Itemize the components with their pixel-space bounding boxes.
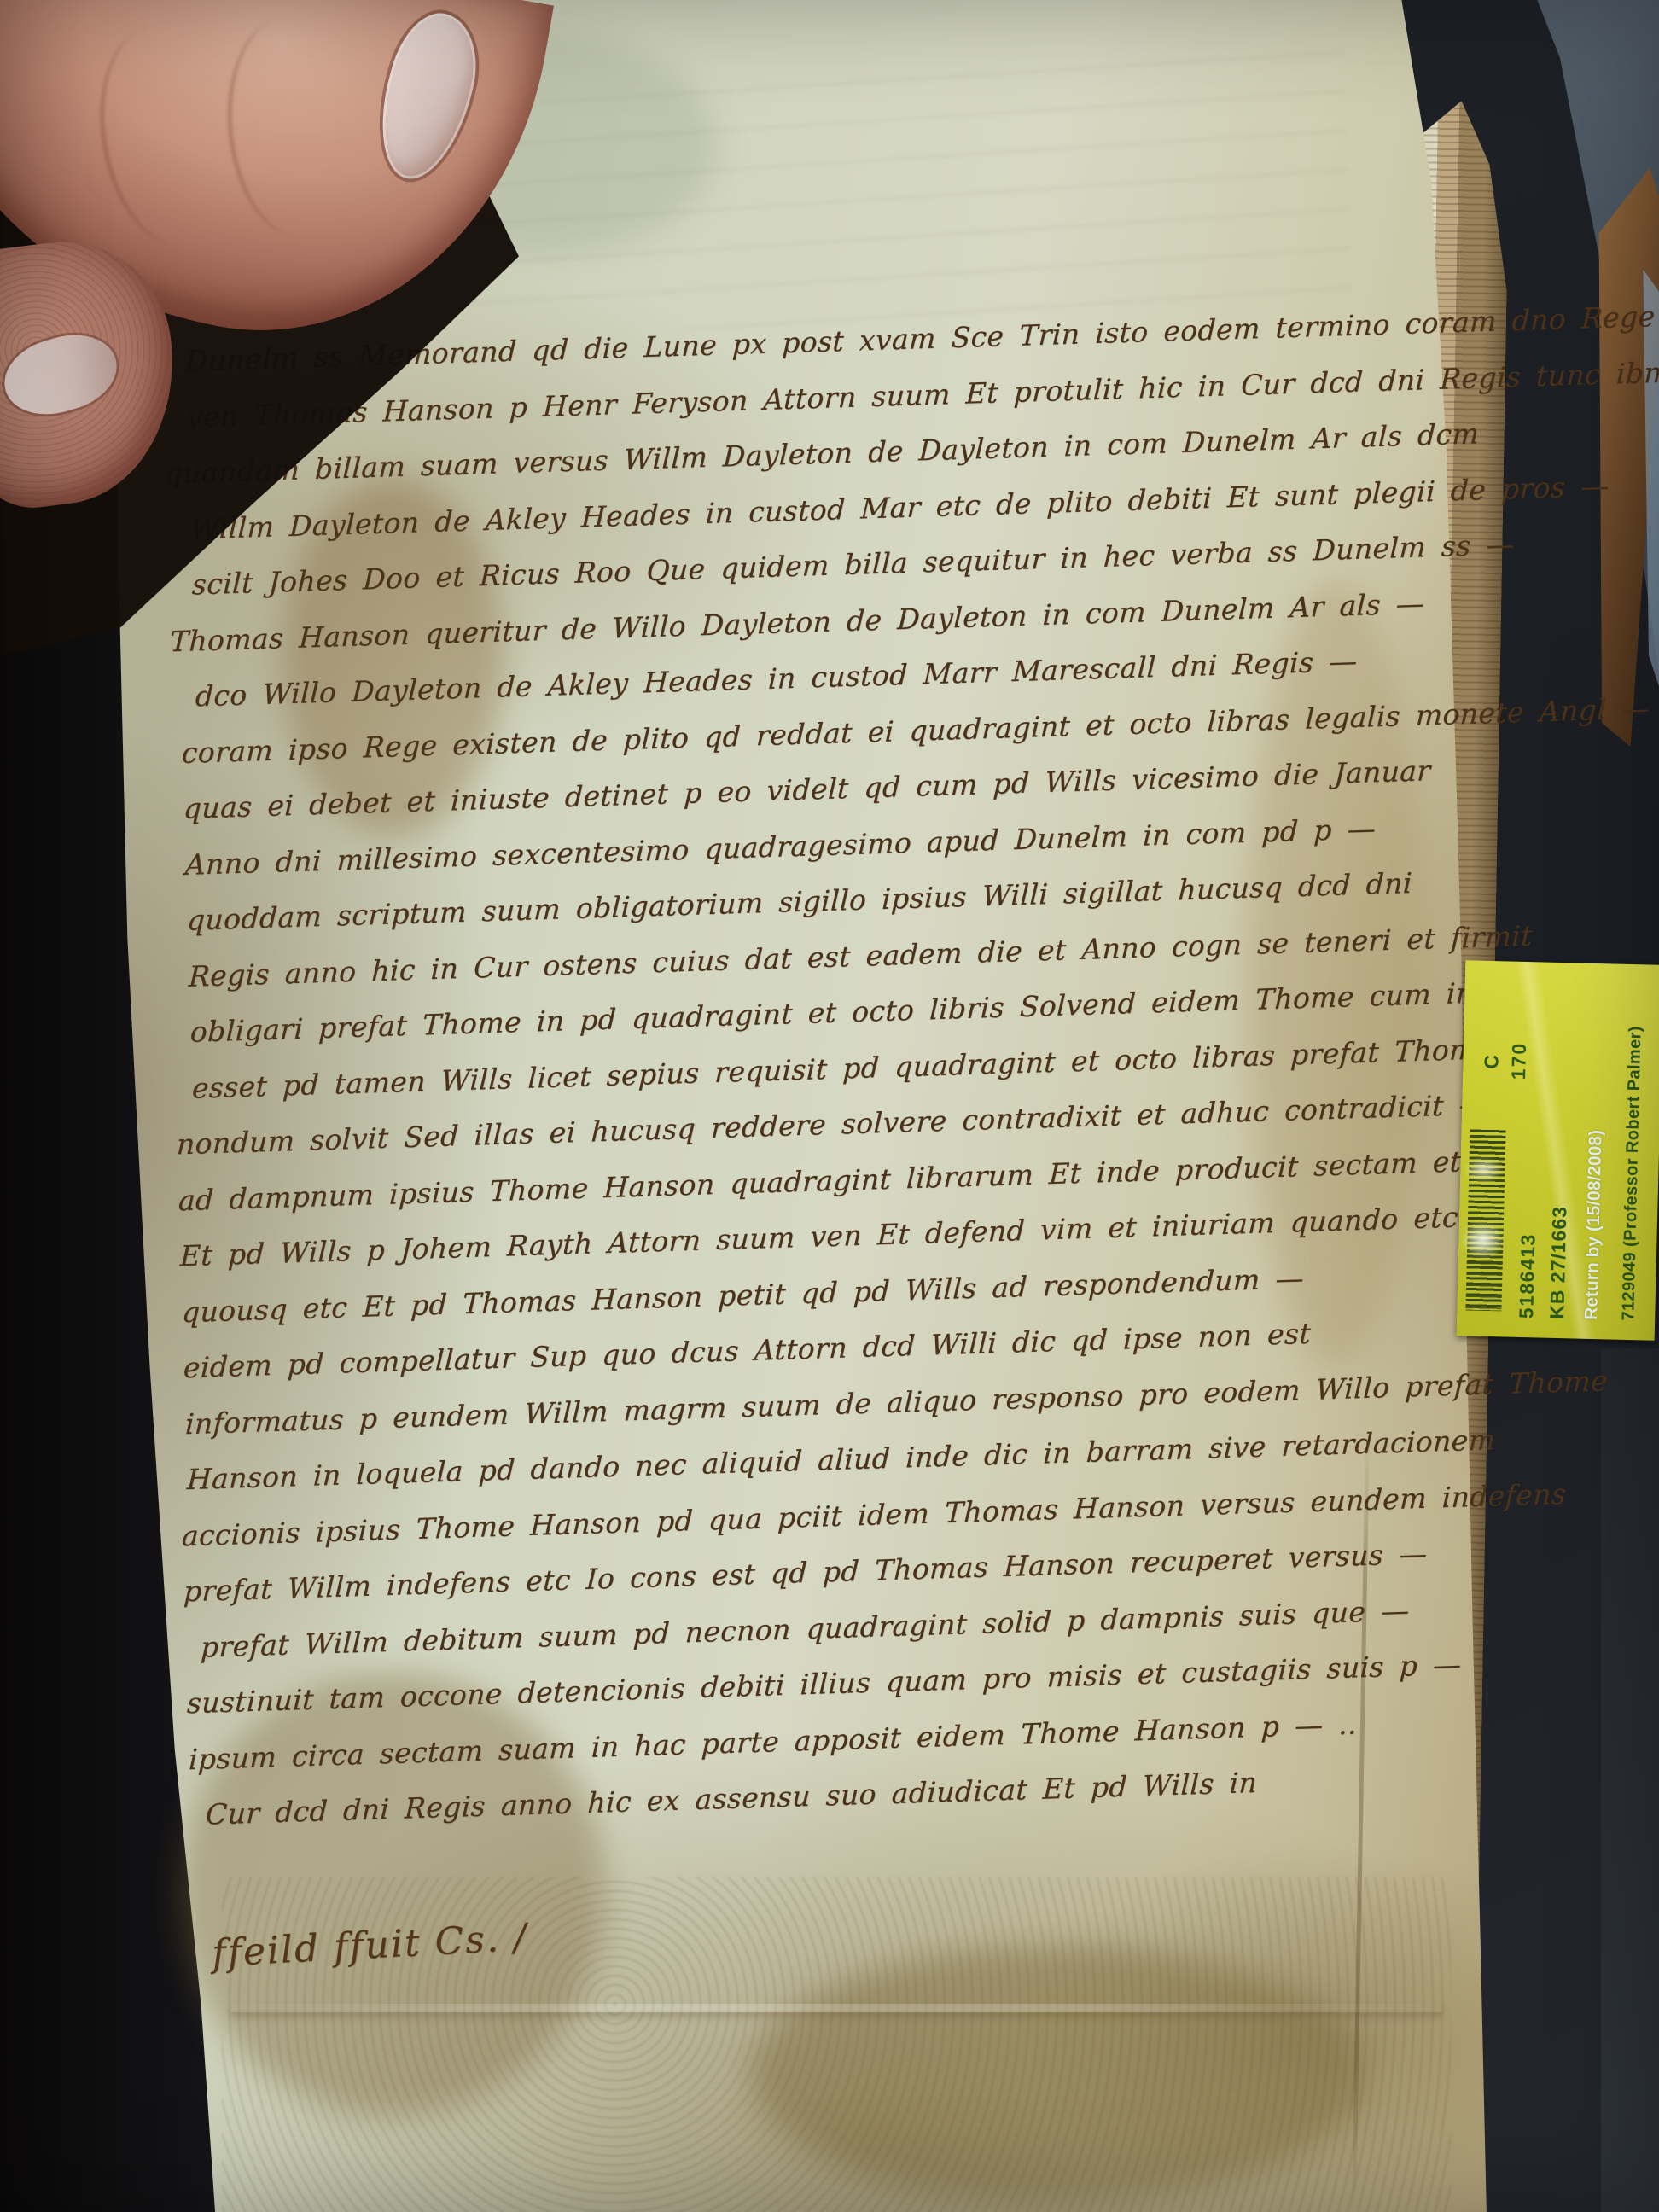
label-document-reference: KB 27/1663 (1545, 1206, 1571, 1319)
horizontal-crease (230, 2004, 1442, 2012)
label-number: 170 (1507, 1041, 1531, 1080)
label-accession-number: 5186413 (1515, 1233, 1540, 1319)
background-right (1601, 1348, 1659, 2212)
manuscript-text-block: Dunelm ss Memorand qd die Lune px post x… (145, 295, 1489, 1905)
label-return-by: Return by (15/08/2008) (1581, 1130, 1606, 1320)
photo-of-plea-roll: Dunelm ss Memorand qd die Lune px post x… (0, 0, 1659, 2212)
label-reader-id: 7129049 (Professor Robert Palmer) (1619, 1026, 1645, 1321)
library-label: C 170 5186413 KB 27/1663 Return by (15/0… (1457, 960, 1659, 1341)
label-letter: C (1480, 1055, 1503, 1069)
